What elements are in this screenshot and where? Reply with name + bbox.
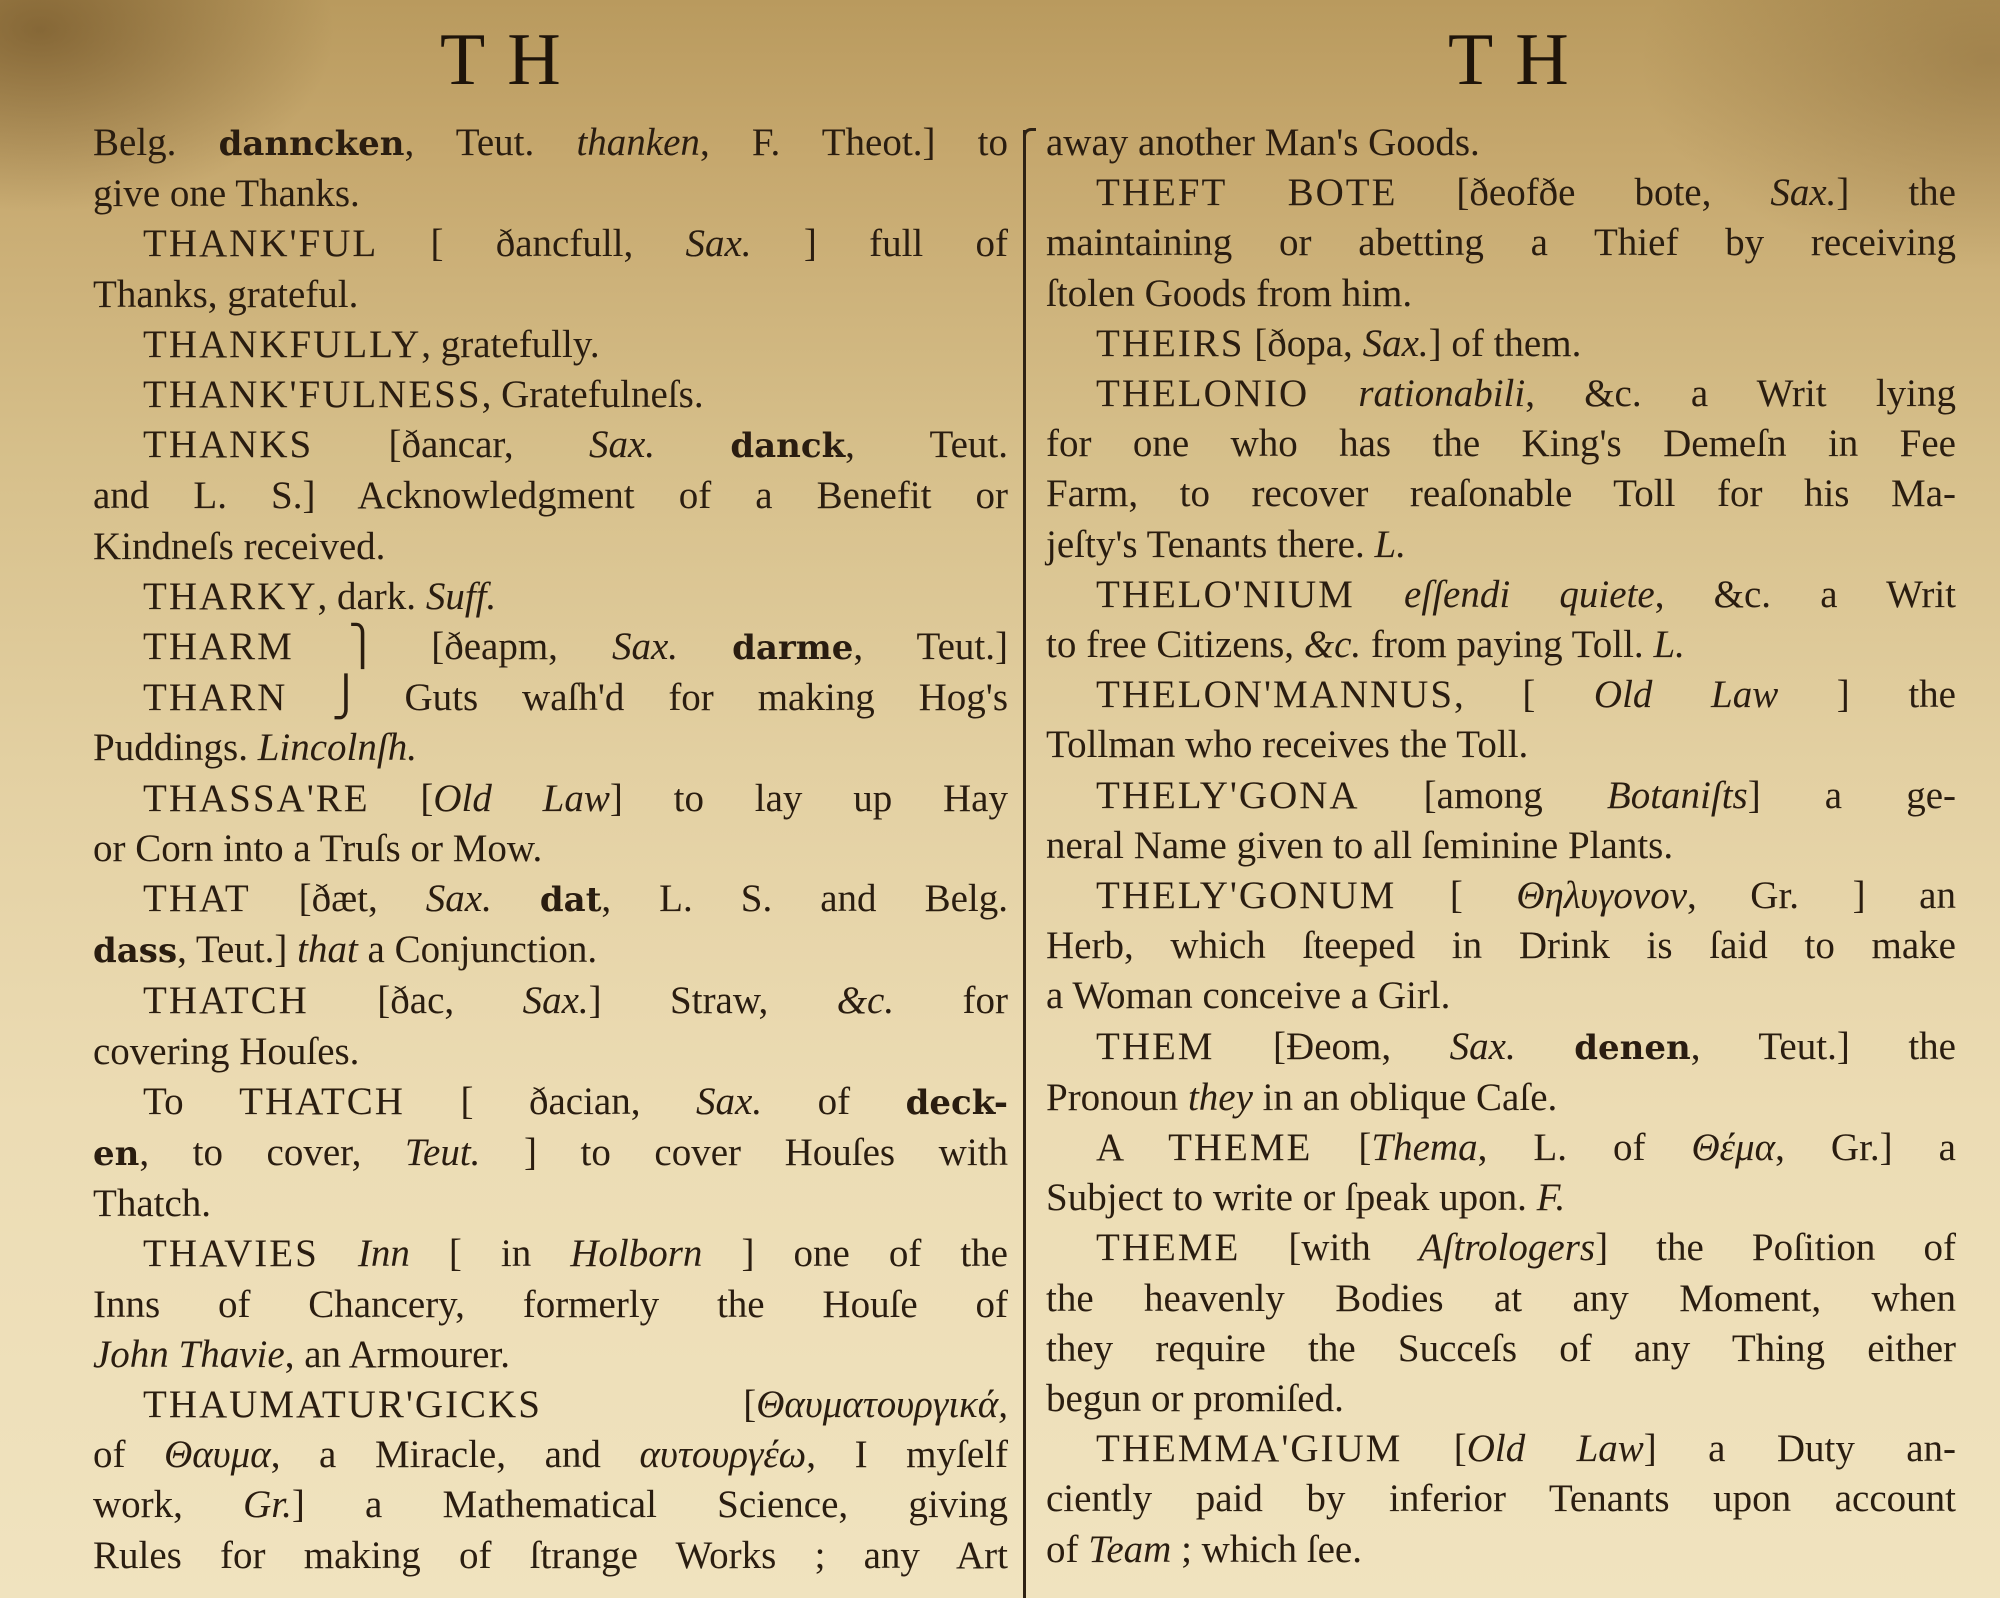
text-line: THEM [Ðeom, Sax. denen, Teut.] the	[1046, 1022, 1956, 1073]
italic-text: Lincolnſh.	[258, 726, 417, 769]
text-segment: [ðac,	[309, 979, 523, 1022]
text-segment: ] a ge-	[1748, 774, 1956, 817]
text-line: and L. S.] Acknowledgment of a Benefit o…	[93, 471, 1008, 521]
italic-text: Sax.	[1363, 322, 1429, 365]
text-segment: ] the Poſition of	[1595, 1226, 1956, 1269]
italic-text: rationabili	[1358, 372, 1525, 415]
text-segment: , F. Theot.] to	[700, 121, 1008, 164]
text-segment: [ðopa,	[1245, 322, 1363, 365]
text-segment: from paying Toll.	[1361, 623, 1653, 666]
italic-text: Θαυμα	[164, 1433, 271, 1476]
text-segment: ] a Duty an-	[1644, 1427, 1956, 1470]
text-line: away another Man's Goods.	[1046, 118, 1956, 168]
italic-text: αυτουργέω	[640, 1433, 807, 1476]
italic-text: Θηλυγονον	[1516, 874, 1687, 917]
column-divider	[1023, 130, 1026, 1598]
text-segment: Kindneſs received.	[93, 525, 385, 568]
italic-text: Aſtrologers	[1419, 1226, 1595, 1269]
text-line: THAUMATUR'GICKS [Θαυματουργικά,	[93, 1380, 1008, 1430]
text-segment: , &c. a Writ	[1655, 573, 1956, 616]
text-segment: ⎫ [ðeapm,	[294, 625, 612, 668]
text-segment: [	[1402, 1427, 1466, 1470]
blackletter-text: danncken	[219, 124, 405, 164]
italic-text: L.	[1375, 523, 1406, 566]
text-segment: , Gr. ] an	[1687, 874, 1956, 917]
italic-text: Team	[1088, 1528, 1171, 1571]
italic-text: John Thavie	[93, 1333, 285, 1376]
text-line: begun or promiſed.	[1046, 1374, 1956, 1424]
italic-text: that	[297, 928, 358, 971]
text-line: THELY'GONA [among Botaniſts] a ge-	[1046, 771, 1956, 821]
headword: THELY'GONA	[1096, 774, 1360, 817]
italic-text: Θαυματουργικά,	[756, 1383, 1008, 1426]
text-line: or Corn into a Truſs or Mow.	[93, 824, 1008, 874]
text-line: THELO'NIUM eſſendi quiete, &c. a Writ	[1046, 570, 1956, 620]
blackletter-text: deck-	[906, 1083, 1008, 1123]
blackletter-text: danck	[730, 426, 845, 466]
headword: THANK'FUL	[143, 222, 378, 265]
headword: THATCH	[143, 979, 309, 1022]
left-column: Belg. danncken, Teut. thanken, F. Theot.…	[93, 118, 1008, 1581]
text-segment: ] to cover Houſes with	[480, 1131, 1008, 1174]
text-segment: , Gr.] a	[1775, 1126, 1956, 1169]
text-line: Farm, to recover reaſonable Toll for his…	[1046, 469, 1956, 519]
text-segment: [	[542, 1383, 756, 1426]
italic-text: Sax.	[686, 222, 752, 265]
text-segment: Belg.	[93, 121, 219, 164]
headword: THAUMATUR'GICKS	[143, 1383, 542, 1426]
italic-text: Inn	[358, 1232, 410, 1275]
headword: THARN	[143, 676, 287, 719]
text-segment: Subject to write or ſpeak upon.	[1046, 1176, 1537, 1219]
italic-text: Θέμα	[1692, 1126, 1776, 1169]
text-segment: Puddings.	[93, 726, 258, 769]
text-line: of Θαυμα, a Miracle, and αυτουργέω, I my…	[93, 1430, 1008, 1480]
text-segment	[1516, 1025, 1575, 1068]
text-segment: covering Houſes.	[93, 1030, 359, 1073]
blackletter-text: dat	[540, 880, 602, 920]
text-segment: [ ðacian,	[405, 1080, 696, 1123]
text-segment: , L. of	[1478, 1126, 1692, 1169]
text-line: John Thavie, an Armourer.	[93, 1330, 1008, 1380]
text-line: Puddings. Lincolnſh.	[93, 723, 1008, 773]
text-segment: of	[93, 1433, 164, 1476]
text-segment: [	[1312, 1126, 1371, 1169]
text-line: THEFT BOTE [ðeofðe bote, Sax.] the	[1046, 168, 1956, 218]
blackletter-text: darme	[732, 628, 853, 668]
text-line: To THATCH [ ðacian, Sax. of deck-	[93, 1077, 1008, 1128]
text-line: maintaining or abetting a Thief by recei…	[1046, 218, 1956, 268]
headword: THANKS	[143, 423, 313, 466]
text-segment: , Teut.] the	[1691, 1025, 1956, 1068]
text-segment: , Teut.]	[853, 625, 1008, 668]
italic-text: Sax.	[426, 877, 492, 920]
headword: THAVIES	[143, 1232, 319, 1275]
text-line: THELON'MANNUS, [ Old Law ] the	[1046, 670, 1956, 720]
text-line: THATCH [ðac, Sax.] Straw, &c. for	[93, 976, 1008, 1026]
text-segment: ciently paid by inferior Tenants upon ac…	[1046, 1477, 1956, 1520]
headword: THELY'GONUM	[1096, 874, 1396, 917]
italic-text: &c.	[837, 979, 894, 1022]
text-line: a Woman conceive a Girl.	[1046, 971, 1956, 1021]
text-segment: of	[1046, 1528, 1088, 1571]
text-segment: begun or promiſed.	[1046, 1377, 1344, 1420]
text-line: THANKS [ðancar, Sax. danck, Teut.	[93, 420, 1008, 471]
headword: THELO'NIUM	[1096, 573, 1355, 616]
text-line: Tollman who receives the Toll.	[1046, 720, 1956, 770]
text-segment: , gratefully.	[421, 323, 599, 366]
text-segment: [ ðancfull,	[378, 222, 685, 265]
text-segment	[678, 625, 732, 668]
text-segment: [ðancar,	[313, 423, 589, 466]
text-segment: , Teut.	[404, 121, 576, 164]
text-segment: they require the Succeſs of any Thing ei…	[1046, 1327, 1956, 1370]
headword: THEIRS	[1096, 322, 1245, 365]
text-segment: to free Citizens,	[1046, 623, 1304, 666]
text-segment: maintaining or abetting a Thief by recei…	[1046, 221, 1956, 264]
text-line: ciently paid by inferior Tenants upon ac…	[1046, 1474, 1956, 1524]
italic-text: Sax.	[1770, 171, 1836, 214]
text-line: THARM ⎫ [ðeapm, Sax. darme, Teut.]	[93, 622, 1008, 673]
blackletter-text: en	[93, 1134, 139, 1174]
text-segment: ] the	[1778, 673, 1956, 716]
text-segment: away another Man's Goods.	[1046, 121, 1480, 164]
italic-text: eſſendi quiete	[1404, 573, 1655, 616]
italic-text: Thema	[1371, 1126, 1477, 1169]
text-line: give one Thanks.	[93, 169, 1008, 219]
text-line: Pronoun they in an oblique Caſe.	[1046, 1073, 1956, 1123]
text-line: THAVIES Inn [ in Holborn ] one of the	[93, 1229, 1008, 1279]
italic-text: F.	[1537, 1176, 1566, 1219]
text-segment: ] the	[1836, 171, 1956, 214]
text-segment: ] one of the	[702, 1232, 1008, 1275]
text-line: Subject to write or ſpeak upon. F.	[1046, 1173, 1956, 1223]
text-segment: Thatch.	[93, 1182, 211, 1225]
italic-text: they	[1188, 1076, 1253, 1119]
text-line: THANK'FUL [ ðancfull, Sax. ] full of	[93, 219, 1008, 269]
text-segment: the heavenly Bodies at any Moment, when	[1046, 1277, 1956, 1320]
italic-text: Sax.	[696, 1080, 762, 1123]
text-segment: or Corn into a Truſs or Mow.	[93, 827, 542, 870]
text-line: ſtolen Goods from him.	[1046, 269, 1956, 319]
headword: THEMMA'GIUM	[1096, 1427, 1402, 1470]
italic-text: Sax.	[589, 423, 655, 466]
headword: THEME	[1168, 1126, 1312, 1169]
blackletter-text: dass	[93, 931, 177, 971]
text-line: neral Name given to all ſeminine Plants.	[1046, 821, 1956, 871]
text-segment: Rules for making of ſtrange Works ; any …	[93, 1534, 1008, 1577]
text-segment: ] Straw,	[589, 979, 837, 1022]
text-line: THELONIO rationabili, &c. a Writ lying	[1046, 369, 1956, 419]
text-line: Kindneſs received.	[93, 522, 1008, 572]
headword: THATCH	[239, 1080, 405, 1123]
text-segment: [ðæt,	[251, 877, 426, 920]
text-line: for one who has the King's Demeſn in Fee	[1046, 419, 1956, 469]
text-segment: A	[1096, 1126, 1168, 1169]
text-segment: for	[894, 979, 1008, 1022]
text-line: they require the Succeſs of any Thing ei…	[1046, 1324, 1956, 1374]
text-segment: , &c. a Writ lying	[1525, 372, 1956, 415]
text-segment	[492, 877, 540, 920]
text-segment: ] to lay up Hay	[610, 777, 1008, 820]
text-segment: To	[143, 1080, 239, 1123]
text-segment: of	[762, 1080, 906, 1123]
text-segment: ⎭ Guts waſh'd for making Hog's	[287, 676, 1008, 719]
text-line: THEME [with Aſtrologers] the Poſition of	[1046, 1223, 1956, 1273]
text-segment	[655, 423, 730, 466]
italic-text: Old Law	[1594, 673, 1778, 716]
text-line: THANKFULLY, gratefully.	[93, 320, 1008, 370]
text-segment: , L. S. and Belg.	[601, 877, 1008, 920]
text-segment: ; which ſee.	[1171, 1528, 1362, 1571]
text-segment: , to cover,	[139, 1131, 405, 1174]
text-line: THARN ⎭ Guts waſh'd for making Hog's	[93, 673, 1008, 723]
text-line: of Team ; which ſee.	[1046, 1525, 1956, 1575]
text-line: Rules for making of ſtrange Works ; any …	[93, 1531, 1008, 1581]
italic-text: L.	[1653, 623, 1684, 666]
text-segment: a Conjunction.	[358, 928, 597, 971]
text-segment: a Woman conceive a Girl.	[1046, 974, 1450, 1017]
text-segment: jeſty's Tenants there.	[1046, 523, 1375, 566]
italic-text: Sax.	[523, 979, 589, 1022]
text-segment: , Teut.	[845, 423, 1008, 466]
text-segment	[1355, 573, 1404, 616]
dictionary-page: TH TH Belg. danncken, Teut. thanken, F. …	[0, 0, 2000, 1598]
headword: THANKFULLY	[143, 323, 421, 366]
text-segment: Pronoun	[1046, 1076, 1188, 1119]
text-segment: , Gratefulneſs.	[482, 373, 704, 416]
running-head-right: TH	[1448, 18, 1591, 103]
text-line: A THEME [Thema, L. of Θέμα, Gr.] a	[1046, 1123, 1956, 1173]
text-segment: for one who has the King's Demeſn in Fee	[1046, 422, 1956, 465]
text-segment: , I myſelf	[806, 1433, 1008, 1476]
text-segment: , dark.	[318, 575, 426, 618]
text-line: work, Gr.] a Mathematical Science, givin…	[93, 1480, 1008, 1530]
blackletter-text: denen	[1574, 1028, 1690, 1068]
text-line: THEMMA'GIUM [Old Law] a Duty an-	[1046, 1424, 1956, 1474]
headword: THEM	[1096, 1025, 1215, 1068]
text-line: covering Houſes.	[93, 1027, 1008, 1077]
text-segment: , Teut.]	[177, 928, 297, 971]
text-segment: [ðeofðe bote,	[1397, 171, 1770, 214]
text-segment: work,	[93, 1483, 243, 1526]
text-segment: [	[370, 777, 434, 820]
headword: THARKY	[143, 575, 318, 618]
text-segment: ] a Mathematical Science, giving	[292, 1483, 1008, 1526]
text-segment: [ in	[410, 1232, 570, 1275]
text-segment: and L. S.] Acknowledgment of a Benefit o…	[93, 474, 1008, 517]
headword: THEME	[1096, 1226, 1240, 1269]
text-line: Inns of Chancery, formerly the Houſe of	[93, 1280, 1008, 1330]
text-segment: ] full of	[752, 222, 1008, 265]
italic-text: Old Law	[1467, 1427, 1644, 1470]
text-segment: [Ðeom,	[1215, 1025, 1450, 1068]
italic-text: Old Law	[433, 777, 610, 820]
text-line: en, to cover, Teut. ] to cover Houſes wi…	[93, 1128, 1008, 1179]
text-segment: Thanks, grateful.	[93, 273, 358, 316]
italic-text: Gr.	[243, 1483, 292, 1526]
text-segment: , [	[1454, 673, 1594, 716]
text-line: to free Citizens, &c. from paying Toll. …	[1046, 620, 1956, 670]
running-head-left: TH	[440, 18, 583, 103]
text-line: THAT [ðæt, Sax. dat, L. S. and Belg.	[93, 874, 1008, 925]
italic-text: Holborn	[570, 1232, 702, 1275]
text-line: Thanks, grateful.	[93, 270, 1008, 320]
headword: THEFT BOTE	[1096, 171, 1397, 214]
text-segment: , a Miracle, and	[271, 1433, 640, 1476]
italic-text: thanken	[576, 121, 699, 164]
italic-text: Suff.	[426, 575, 496, 618]
italic-text: Botaniſts	[1607, 774, 1748, 817]
text-segment: , an Armourer.	[285, 1333, 510, 1376]
text-segment: [among	[1360, 774, 1607, 817]
headword: THASSA'RE	[143, 777, 370, 820]
text-segment: ſtolen Goods from him.	[1046, 272, 1412, 315]
text-segment: neral Name given to all ſeminine Plants.	[1046, 824, 1673, 867]
text-segment: [with	[1240, 1226, 1419, 1269]
italic-text: Sax.	[1450, 1025, 1516, 1068]
text-line: jeſty's Tenants there. L.	[1046, 520, 1956, 570]
text-segment	[319, 1232, 358, 1275]
headword: THANK'FULNESS	[143, 373, 482, 416]
text-line: the heavenly Bodies at any Moment, when	[1046, 1274, 1956, 1324]
headword: THELON'MANNUS	[1096, 673, 1454, 716]
text-line: dass, Teut.] that a Conjunction.	[93, 925, 1008, 976]
text-segment: Farm, to recover reaſonable Toll for his…	[1046, 472, 1956, 515]
headword: THAT	[143, 877, 251, 920]
text-line: THANK'FULNESS, Gratefulneſs.	[93, 370, 1008, 420]
italic-text: Teut.	[405, 1131, 481, 1174]
headword: THARM	[143, 625, 294, 668]
text-line: THASSA'RE [Old Law] to lay up Hay	[93, 774, 1008, 824]
text-segment: Herb, which ſteeped in Drink is ſaid to …	[1046, 924, 1956, 967]
text-segment: ] of them.	[1429, 322, 1582, 365]
text-segment	[1309, 372, 1358, 415]
headword: THELONIO	[1096, 372, 1309, 415]
text-line: Thatch.	[93, 1179, 1008, 1229]
text-line: THARKY, dark. Suff.	[93, 572, 1008, 622]
text-line: THELY'GONUM [ Θηλυγονον, Gr. ] an	[1046, 871, 1956, 921]
text-segment: give one Thanks.	[93, 172, 360, 215]
text-line: Belg. danncken, Teut. thanken, F. Theot.…	[93, 118, 1008, 169]
right-column: away another Man's Goods.THEFT BOTE [ðeo…	[1046, 118, 1956, 1575]
italic-text: &c.	[1304, 623, 1361, 666]
text-segment: [	[1396, 874, 1516, 917]
italic-text: Sax.	[612, 625, 678, 668]
text-segment: in an oblique Caſe.	[1253, 1076, 1557, 1119]
text-line: THEIRS [ðopa, Sax.] of them.	[1046, 319, 1956, 369]
text-segment: Tollman who receives the Toll.	[1046, 723, 1528, 766]
text-segment: Inns of Chancery, formerly the Houſe of	[93, 1283, 1008, 1326]
text-line: Herb, which ſteeped in Drink is ſaid to …	[1046, 921, 1956, 971]
